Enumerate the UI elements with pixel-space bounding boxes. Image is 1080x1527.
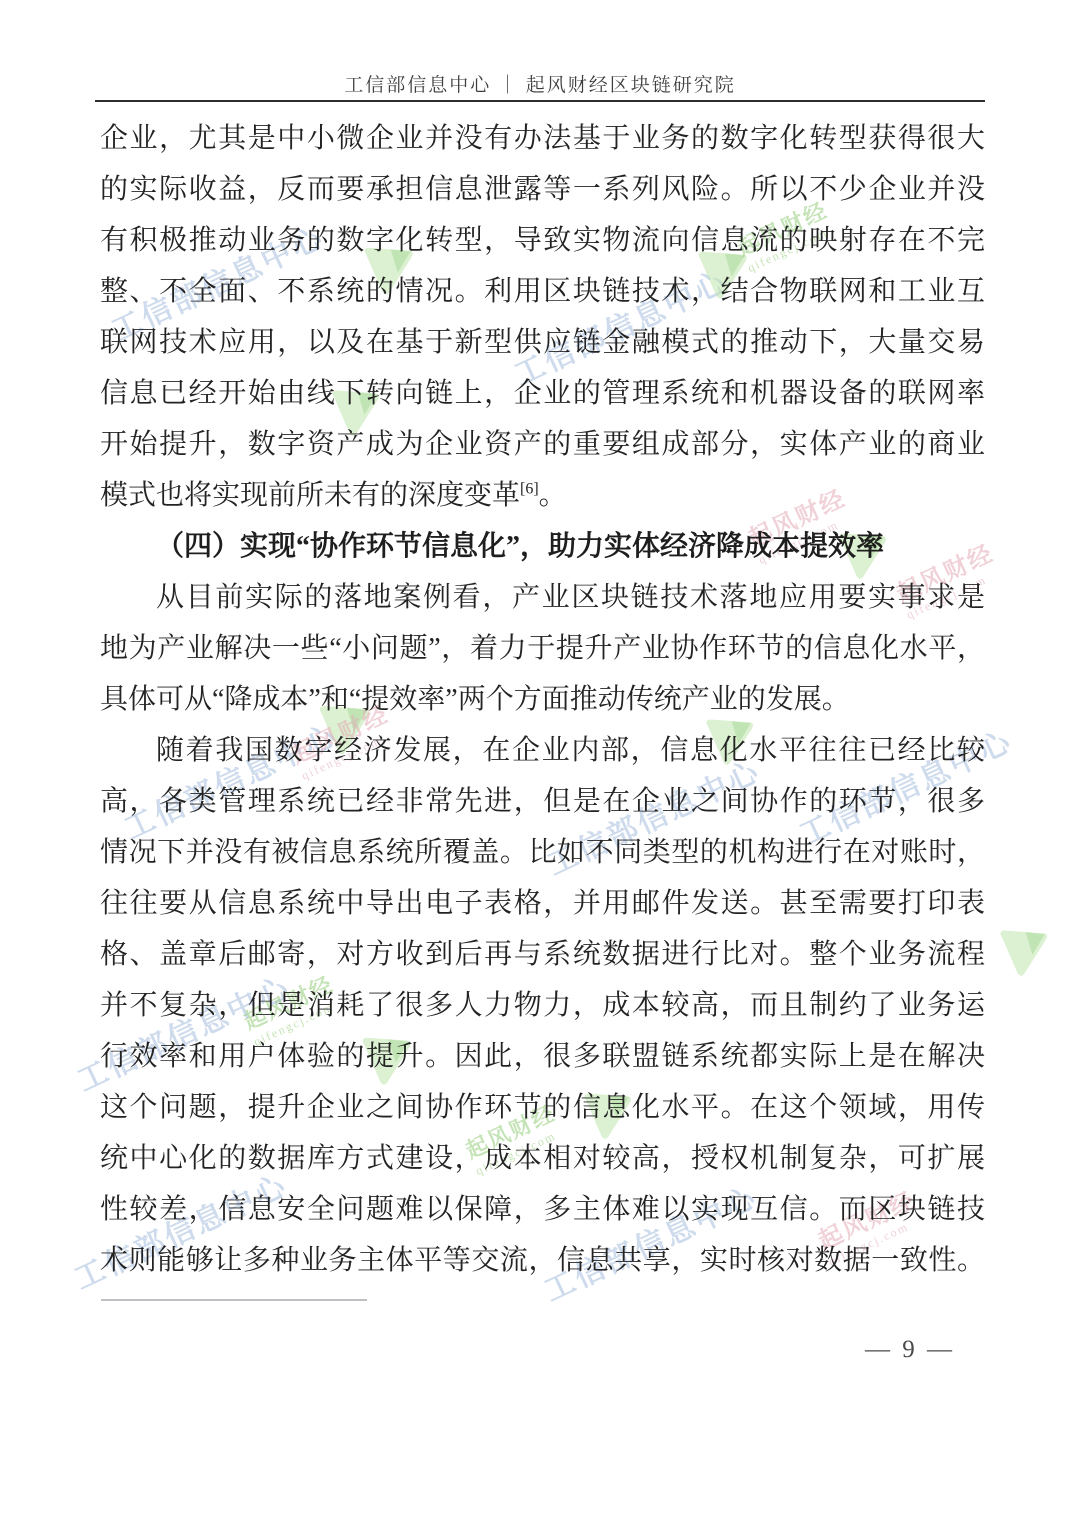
text-line: 模式也将实现前所未有的深度变革[6]。 [100, 470, 985, 521]
body-paragraph-1: 企业，尤其是中小微企业并没有办法基于业务的数字化转型获得很大 的实际收益，反而要… [100, 113, 985, 521]
page-number: — 9 — [845, 1336, 975, 1364]
text-line: 具体可从“降成本”和“提效率”两个方面推动传统产业的发展。 [100, 674, 985, 725]
text-line: 统中心化的数据库方式建设，成本相对较高，授权机制复杂，可扩展 [100, 1133, 985, 1184]
text-line: 联网技术应用，以及在基于新型供应链金融模式的推动下，大量交易 [100, 317, 985, 368]
text-line: 开始提升，数字资产成为企业资产的重要组成部分，实体产业的商业 [100, 419, 985, 470]
body-paragraph-3: 随着我国数字经济发展，在企业内部，信息化水平往往已经比较 高，各类管理系统已经非… [100, 725, 985, 1286]
text-line: 这个问题，提升企业之间协作环节的信息化水平。在这个领域，用传 [100, 1082, 985, 1133]
paragraph-1-end: 模式也将实现前所未有的深度变革 [100, 480, 520, 511]
text-line: 整、不全面、不系统的情况。利用区块链技术，结合物联网和工业互 [100, 266, 985, 317]
header-title: 工信部信息中心 ｜ 起风财经区块链研究院 [0, 70, 1080, 97]
body-paragraph-2: 从目前实际的落地案例看，产业区块链技术落地应用要实事求是 地为产业解决一些“小问… [100, 572, 985, 725]
document-body: 企业，尤其是中小微企业并没有办法基于业务的数字化转型获得很大 的实际收益，反而要… [100, 113, 985, 1286]
qifeng-logo-icon [992, 917, 1058, 983]
text-line: 信息已经开始由线下转向链上，企业的管理系统和机器设备的联网率 [100, 368, 985, 419]
header-rule [95, 100, 985, 102]
text-line: 术则能够让多种业务主体平等交流，信息共享，实时核对数据一致性。 [100, 1235, 985, 1286]
footnote-reference: [6] [520, 481, 539, 498]
text-line: 往往要从信息系统中导出电子表格，并用邮件发送。甚至需要打印表 [100, 878, 985, 929]
text-line: 格、盖章后邮寄，对方收到后再与系统数据进行比对。整个业务流程 [100, 929, 985, 980]
text-line: 地为产业解决一些“小问题”，着力于提升产业协作环节的信息化水平， [100, 623, 985, 674]
text-line: 企业，尤其是中小微企业并没有办法基于业务的数字化转型获得很大 [100, 113, 985, 164]
text-line: 情况下并没有被信息系统所覆盖。比如不同类型的机构进行在对账时， [100, 827, 985, 878]
text-line: 并不复杂，但是消耗了很多人力物力，成本较高，而且制约了业务运 [100, 980, 985, 1031]
text-line: 高，各类管理系统已经非常先进，但是在企业之间协作的环节，很多 [100, 776, 985, 827]
text-line: 随着我国数字经济发展，在企业内部，信息化水平往往已经比较 [100, 725, 985, 776]
document-page: 工信部信息中心 工信部信息中心 工信部信息中心 工信部信息中心 工信部信息中心 … [0, 0, 1080, 1527]
footnote-divider [101, 1299, 367, 1301]
text-line: 的实际收益，反而要承担信息泄露等一系列风险。所以不少企业并没 [100, 164, 985, 215]
text-line: 行效率和用户体验的提升。因此，很多联盟链系统都实际上是在解决 [100, 1031, 985, 1082]
text-line: 性较差，信息安全问题难以保障，多主体难以实现互信。而区块链技 [100, 1184, 985, 1235]
text-line: 有积极推动业务的数字化转型，导致实物流向信息流的映射存在不完 [100, 215, 985, 266]
section-heading: （四）实现“协作环节信息化”，助力实体经济降成本提效率 [100, 521, 985, 572]
text-line: 从目前实际的落地案例看，产业区块链技术落地应用要实事求是 [100, 572, 985, 623]
sentence-period: 。 [539, 480, 567, 511]
